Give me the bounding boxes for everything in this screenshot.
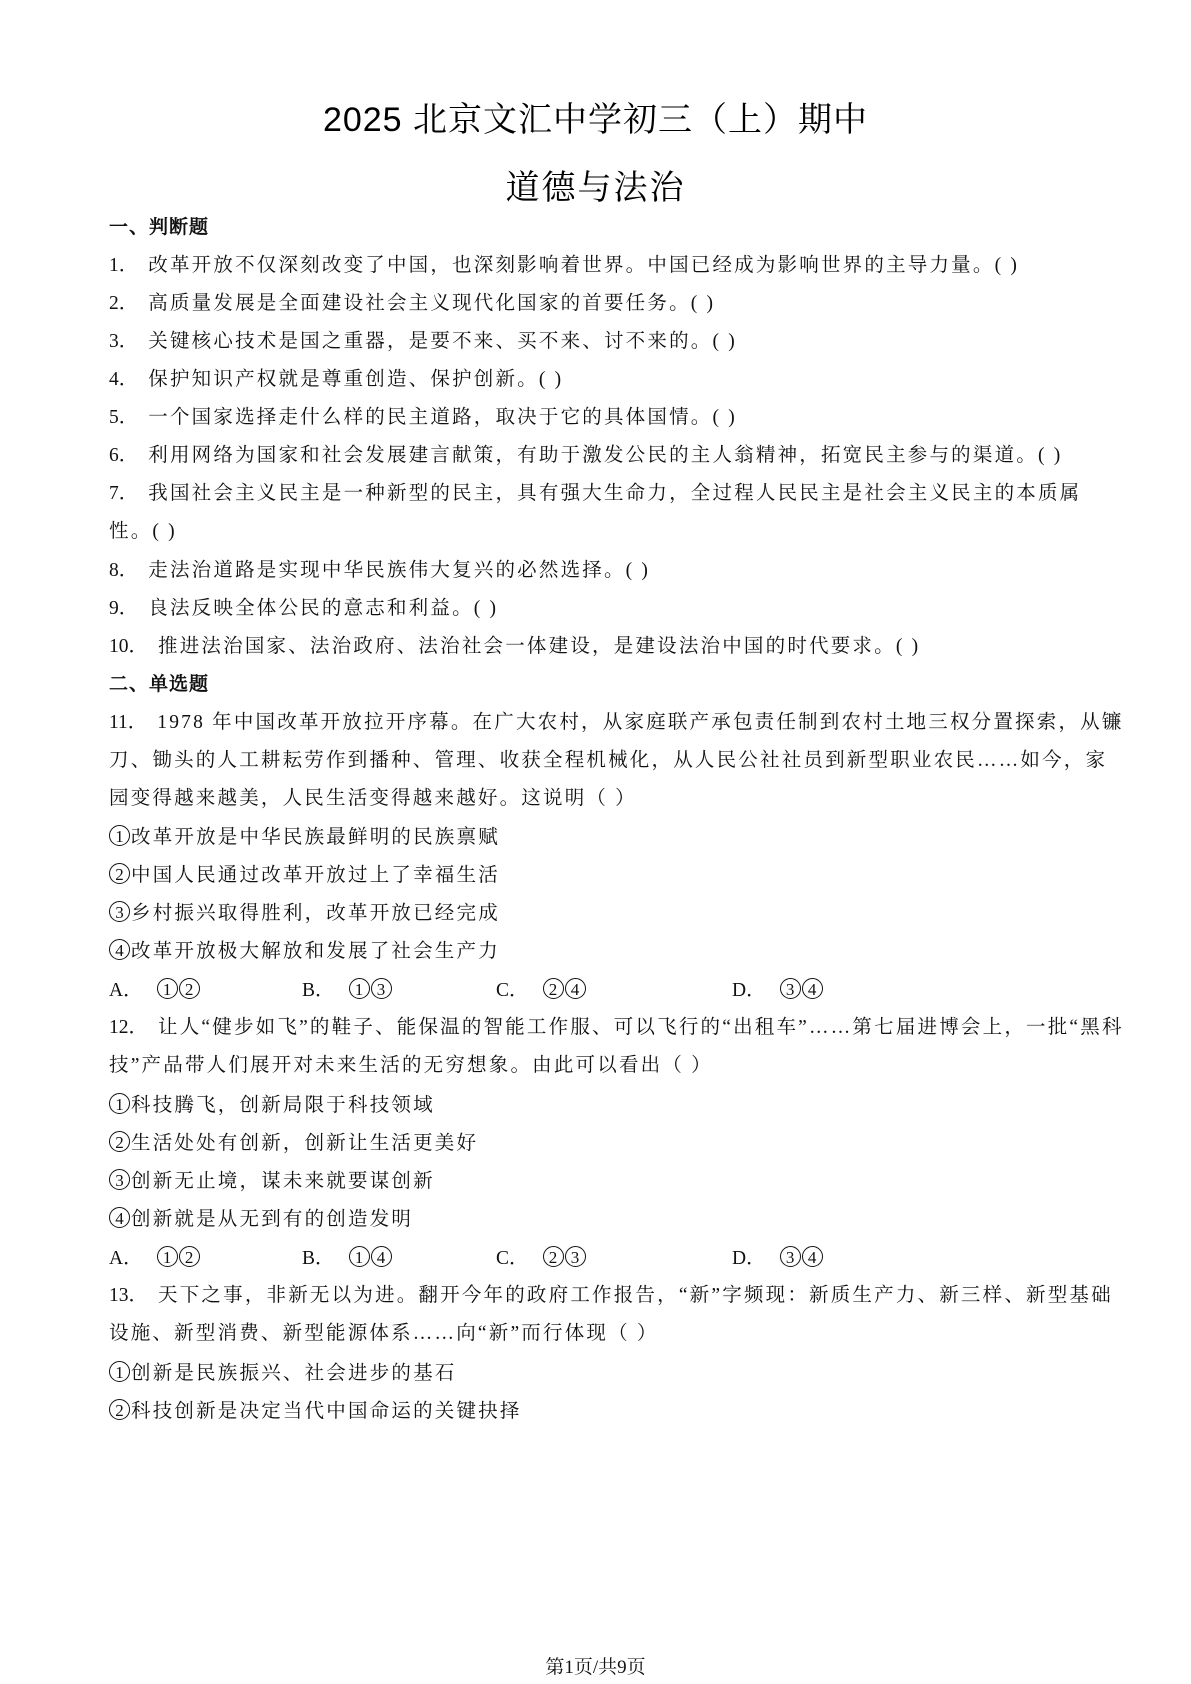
question-12-statement-3: 3创新无止境，谋未来就要谋创新: [109, 1169, 435, 1194]
question-12-option-a[interactable]: A．12: [109, 1246, 201, 1271]
question-11-statement-1: 1改革开放是中华民族最鲜明的民族禀赋: [109, 825, 500, 850]
question-1: 1．改革开放不仅深刻改变了中国，也深刻影响着世界。中国已经成为影响世界的主导力量…: [109, 254, 1019, 278]
question-7-continued: 性。( ): [109, 520, 177, 544]
question-12-option-b[interactable]: B．14: [302, 1246, 393, 1271]
question-8: 8．走法治道路是实现中华民族伟大复兴的必然选择。( ): [109, 559, 650, 583]
question-11-statement-3: 3乡村振兴取得胜利，改革开放已经完成: [109, 901, 500, 926]
circled-number-icon: 1: [109, 1361, 130, 1382]
question-13-stem-line-1: 13．天下之事，非新无以为进。翻开今年的政府工作报告，“新”字频现：新质生产力、…: [109, 1284, 1113, 1308]
section-heading-true-false: 一、判断题: [109, 216, 209, 240]
circled-number-icon: 2: [179, 978, 200, 999]
question-12-stem-line-1: 12．让人“健步如飞”的鞋子、能保温的智能工作服、可以飞行的“出租车”……第七届…: [109, 1016, 1124, 1040]
question-12-statement-4: 4创新就是从无到有的创造发明: [109, 1207, 413, 1232]
question-11-option-a[interactable]: A．12: [109, 978, 201, 1003]
question-13-stem-line-2: 设施、新型消费、新型能源体系……向“新”而行体现（ ）: [109, 1322, 659, 1346]
circled-number-icon: 4: [565, 978, 586, 999]
section-heading-single-choice: 二、单选题: [109, 673, 209, 697]
circled-number-icon: 4: [109, 939, 130, 960]
question-7: 7．我国社会主义民主是一种新型的民主，具有强大生命力，全过程人民民主是社会主义民…: [109, 482, 1081, 506]
question-11-statement-4: 4改革开放极大解放和发展了社会生产力: [109, 939, 500, 964]
circled-number-icon: 2: [109, 863, 130, 884]
circled-number-icon: 1: [349, 1246, 370, 1267]
question-9: 9．良法反映全体公民的意志和利益。( ): [109, 597, 498, 621]
question-11-stem-line-3: 园变得越来越美，人民生活变得越来越好。这说明（ ）: [109, 787, 637, 811]
question-2: 2．高质量发展是全面建设社会主义现代化国家的首要任务。( ): [109, 292, 715, 316]
circled-number-icon: 3: [780, 1246, 801, 1267]
subject-title: 道德与法治: [0, 160, 1191, 209]
question-4: 4．保护知识产权就是尊重创造、保护创新。( ): [109, 368, 563, 392]
circled-number-icon: 1: [109, 1093, 130, 1114]
question-12-statement-2: 2生活处处有创新，创新让生活更美好: [109, 1131, 478, 1156]
question-12-statement-1: 1科技腾飞，创新局限于科技领域: [109, 1093, 435, 1118]
question-12-stem-line-2: 技”产品带人们展开对未来生活的无穷想象。由此可以看出（ ）: [109, 1054, 713, 1078]
circled-number-icon: 4: [371, 1246, 392, 1267]
question-5: 5．一个国家选择走什么样的民主道路，取决于它的具体国情。( ): [109, 406, 737, 430]
circled-number-icon: 1: [157, 1246, 178, 1267]
question-13-statement-1: 1创新是民族振兴、社会进步的基石: [109, 1361, 457, 1386]
circled-number-icon: 1: [349, 978, 370, 999]
circled-number-icon: 4: [109, 1207, 130, 1228]
circled-number-icon: 1: [157, 978, 178, 999]
circled-number-icon: 1: [109, 825, 130, 846]
circled-number-icon: 2: [109, 1131, 130, 1152]
circled-number-icon: 2: [109, 1399, 130, 1420]
question-11-stem-line-2: 刀、锄头的人工耕耘劳作到播种、管理、收获全程机械化，从人民公社社员到新型职业农民…: [109, 749, 1107, 773]
circled-number-icon: 3: [109, 1169, 130, 1190]
question-11-option-c[interactable]: C．24: [496, 978, 587, 1003]
circled-number-icon: 3: [565, 1246, 586, 1267]
circled-number-icon: 2: [543, 1246, 564, 1267]
question-11-option-b[interactable]: B．13: [302, 978, 393, 1003]
circled-number-icon: 4: [802, 1246, 823, 1267]
question-11-stem-line-1: 11．1978 年中国改革开放拉开序幕。在广大农村，从家庭联产承包责任制到农村土…: [109, 711, 1124, 735]
question-10: 10．推进法治国家、法治政府、法治社会一体建设，是建设法治中国的时代要求。( ): [109, 635, 920, 659]
question-3: 3．关键核心技术是国之重器，是要不来、买不来、讨不来的。( ): [109, 330, 737, 354]
circled-number-icon: 3: [371, 978, 392, 999]
exam-title: 2025 北京文汇中学初三（上）期中: [0, 92, 1191, 141]
circled-number-icon: 2: [543, 978, 564, 999]
page-indicator: 第1页/共9页: [0, 1652, 1191, 1679]
circled-number-icon: 3: [109, 901, 130, 922]
circled-number-icon: 3: [780, 978, 801, 999]
question-11-statement-2: 2中国人民通过改革开放过上了幸福生活: [109, 863, 500, 888]
question-6: 6．利用网络为国家和社会发展建言献策，有助于激发公民的主人翁精神，拓宽民主参与的…: [109, 444, 1062, 468]
question-13-statement-2: 2科技创新是决定当代中国命运的关键抉择: [109, 1399, 522, 1424]
question-12-option-d[interactable]: D．34: [732, 1246, 824, 1271]
question-12-option-c[interactable]: C．23: [496, 1246, 587, 1271]
circled-number-icon: 4: [802, 978, 823, 999]
question-11-option-d[interactable]: D．34: [732, 978, 824, 1003]
circled-number-icon: 2: [179, 1246, 200, 1267]
